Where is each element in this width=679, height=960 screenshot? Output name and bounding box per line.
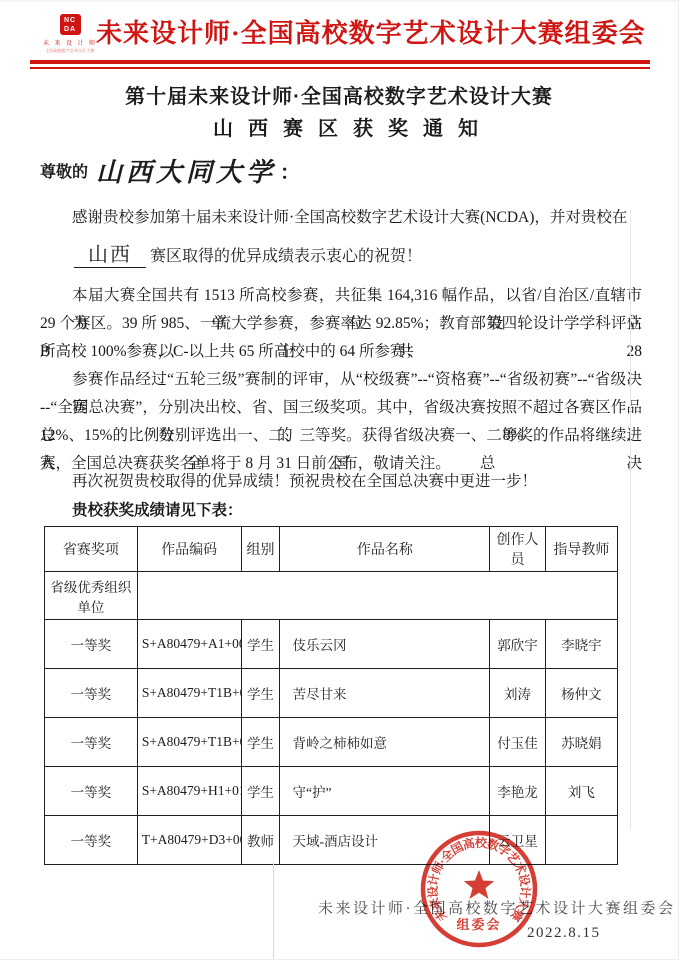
stamp-committee-label: 组委会 (456, 917, 501, 932)
cell-award: 一等奖 (45, 718, 138, 767)
official-seal-stamp: 未来设计师·全国高校数字艺术设计大赛 组委会 (413, 823, 545, 955)
awards-table: 省赛奖项 作品编码 组别 作品名称 创作人员 指导教师 省级优秀组织单位 一等奖… (44, 526, 618, 865)
ncda-logo: NC DA 未 来 设 计 师 全国高校数字艺术设计大赛 (42, 14, 98, 54)
cell-title: 背岭之柿柿如意 (280, 718, 490, 767)
cell-title: 守“护” (280, 767, 490, 816)
scan-artifact-edge (0, 0, 678, 2)
cell-group: 学生 (241, 620, 280, 669)
cell-group: 教师 (241, 816, 280, 865)
scan-artifact-line (273, 862, 274, 960)
cell-advisor: 李晓宇 (545, 620, 617, 669)
col-header-group: 组别 (241, 527, 280, 572)
cell-group: 学生 (241, 767, 280, 816)
document-title-line1: 第十届未来设计师·全国高校数字艺术设计大赛 (0, 80, 678, 109)
cell-creators: 李艳龙 (490, 767, 546, 816)
table-org-award-row: 省级优秀组织单位 (45, 572, 618, 620)
logo-name-text: 未 来 设 计 师 (42, 38, 98, 47)
stamp-star-icon (464, 870, 494, 899)
cell-award: 一等奖 (45, 816, 138, 865)
salutation: 尊敬的 山西大同大学 ： (40, 152, 300, 189)
table-row: 一等奖 S+A80479+T1B+019 学生 背岭之柿柿如意 付玉佳 苏晓娟 (45, 718, 618, 767)
paragraph-stats-line3: 所高校 100%参赛，C-以上共 65 所高校中的 64 所参赛； (40, 338, 642, 366)
letterhead-rule-thick (30, 60, 650, 64)
table-header-row: 省赛奖项 作品编码 组别 作品名称 创作人员 指导教师 (45, 527, 618, 572)
cell-title: 苦尽甘来 (280, 669, 490, 718)
table-row: 一等奖 S+A80479+H1+017 学生 守“护” 李艳龙 刘飞 (45, 767, 618, 816)
scan-artifact-line (630, 210, 631, 830)
cell-code: S+A80479+T1B+019 (137, 718, 241, 767)
salutation-prefix: 尊敬的 (40, 164, 88, 181)
col-header-award: 省赛奖项 (45, 527, 138, 572)
cell-creators: 郭欣宇 (490, 620, 546, 669)
region-underlined: 山西 (74, 244, 146, 268)
document-title-line2: 山西赛区获奖通知 (14, 112, 679, 141)
paragraph-thanks: 感谢贵校参加第十届未来设计师·全国高校数字艺术设计大赛(NCDA)，并对贵校在 (72, 204, 642, 232)
logo-subtitle-text: 全国高校数字艺术设计大赛 (45, 48, 95, 53)
letterhead-org-title: 未来设计师·全国高校数字艺术设计大赛组委会 (96, 13, 596, 50)
paragraph-congrats: 山西 赛区取得的优异成绩表示衷心的祝贺！ (74, 238, 422, 267)
cell-code: T+A80479+D3+001 (137, 816, 241, 865)
table-row: 一等奖 S+A80479+A1+005 学生 伎乐云冈 郭欣宇 李晓宇 (45, 620, 618, 669)
cell-advisor (545, 816, 617, 865)
cell-creators: 刘涛 (490, 669, 546, 718)
cell-code: S+A80479+T1B+001 (137, 669, 241, 718)
school-name: 山西大同大学 (96, 158, 276, 187)
cell-award: 一等奖 (45, 620, 138, 669)
cell-award: 一等奖 (45, 669, 138, 718)
table-row: 一等奖 S+A80479+T1B+001 学生 苦尽甘来 刘涛 杨仲文 (45, 669, 618, 718)
col-header-creators: 创作人员 (490, 527, 546, 572)
congrats-text: 赛区取得的优异成绩表示衷心的祝贺！ (150, 248, 422, 265)
ncda-logo-icon: NC DA (60, 14, 81, 35)
logo-abbr-line2: DA (64, 25, 76, 34)
cell-group: 学生 (241, 718, 280, 767)
cell-advisor: 刘飞 (545, 767, 617, 816)
cell-group: 学生 (241, 669, 280, 718)
salutation-colon: ： (280, 162, 300, 184)
org-award-label: 省级优秀组织单位 (45, 572, 138, 620)
org-award-empty-cell (137, 572, 617, 620)
cell-advisor: 苏晓娟 (545, 718, 617, 767)
cell-creators: 付玉佳 (490, 718, 546, 767)
col-header-code: 作品编码 (137, 527, 241, 572)
table-intro-label: 贵校获奖成绩请见下表： (72, 497, 642, 525)
paragraph-rewish: 再次祝贺贵校取得的优异成绩！预祝贵校在全国总决赛中更进一步！ (72, 468, 642, 496)
cell-code: S+A80479+A1+005 (137, 620, 241, 669)
cell-code: S+A80479+H1+017 (137, 767, 241, 816)
cell-advisor: 杨仲文 (545, 669, 617, 718)
cell-title: 伎乐云冈 (280, 620, 490, 669)
letterhead-rule-thin (30, 67, 650, 69)
col-header-advisor: 指导教师 (545, 527, 617, 572)
col-header-title: 作品名称 (280, 527, 490, 572)
award-notice-document: NC DA 未 来 设 计 师 全国高校数字艺术设计大赛 未来设计师·全国高校数… (0, 0, 679, 960)
logo-abbr-line1: NC (64, 16, 76, 25)
cell-award: 一等奖 (45, 767, 138, 816)
